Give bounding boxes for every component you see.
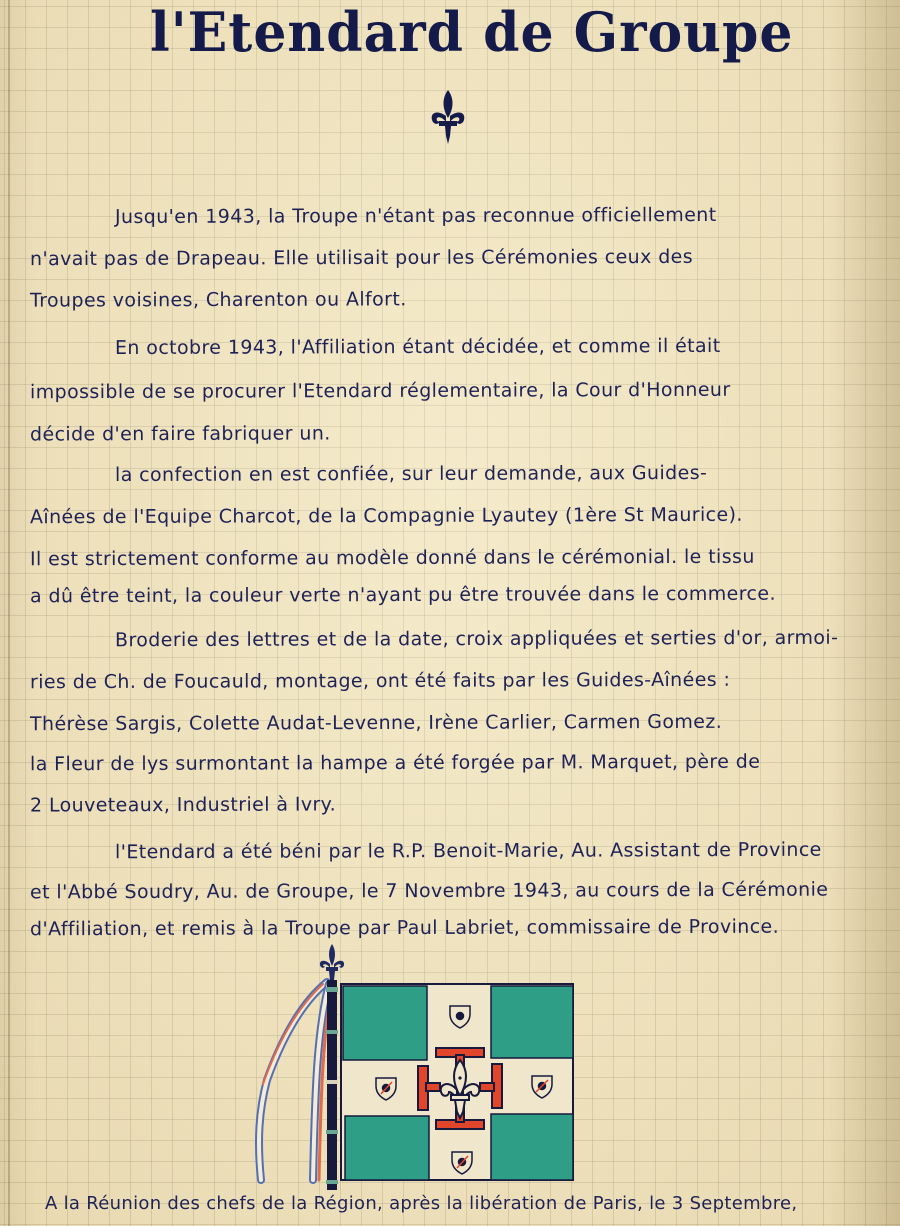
text-line: En octobre 1943, l'Affiliation étant déc… — [115, 335, 721, 359]
text-line: Broderie des lettres et de la date, croi… — [115, 627, 838, 652]
text-line: et l'Abbé Soudry, Au. de Groupe, le 7 No… — [30, 879, 828, 904]
green-quarter — [345, 1116, 429, 1180]
tricolor-ribbons — [259, 982, 333, 1180]
flag-illustration — [255, 940, 585, 1190]
text-line: 2 Louveteaux, Industriel à Ivry. — [30, 793, 336, 816]
caption-line: A la Réunion des chefs de la Région, apr… — [45, 1193, 797, 1214]
text-line: décide d'en faire fabriquer un. — [30, 422, 331, 445]
text-line: Troupes voisines, Charenton ou Alfort. — [30, 288, 407, 311]
green-quarter — [491, 986, 573, 1058]
green-quarter — [343, 986, 427, 1060]
text-line: a dû être teint, la couleur verte n'ayan… — [30, 583, 776, 608]
page-title: l'Etendard de Groupe — [150, 0, 793, 64]
flag-pole — [327, 980, 337, 1190]
text-line: ries de Ch. de Foucauld, montage, ont ét… — [30, 669, 730, 693]
page-binding-edge — [8, 0, 10, 1226]
text-line: la Fleur de lys surmontant la hampe a ét… — [30, 751, 760, 776]
text-line: d'Affiliation, et remis à la Troupe par … — [30, 916, 779, 941]
text-line: la confection en est confiée, sur leur d… — [115, 462, 707, 486]
text-line: Thérèse Sargis, Colette Audat-Levenne, I… — [30, 711, 722, 735]
fleur-de-lis-finial-icon — [320, 944, 344, 980]
text-line: Jusqu'en 1943, la Troupe n'étant pas rec… — [115, 204, 717, 228]
text-line: l'Etendard a été béni par le R.P. Benoit… — [115, 839, 822, 863]
green-quarter — [491, 1114, 573, 1180]
text-line: n'avait pas de Drapeau. Elle utilisait p… — [30, 246, 693, 270]
fleur-de-lis-icon — [428, 88, 468, 146]
text-line: Il est strictement conforme au modèle do… — [30, 546, 755, 571]
text-line: impossible de se procurer l'Etendard rég… — [30, 379, 731, 403]
text-line: Aînées de l'Equipe Charcot, de la Compag… — [30, 504, 743, 528]
